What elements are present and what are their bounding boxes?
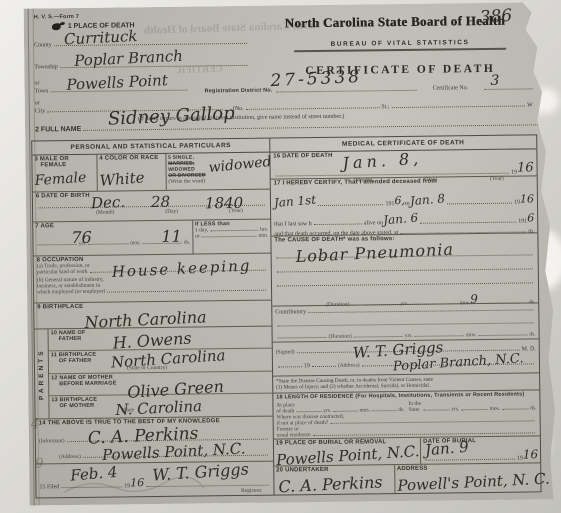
- duration-label: (Duration): [328, 334, 351, 340]
- bureau-subtitle: BUREAU OF VITAL STATISTICS: [294, 39, 506, 53]
- dotted-line: [354, 336, 403, 338]
- pencil-scribble: [59, 468, 209, 500]
- contributory-row: Contributory (Duration) yrs. mos. ds.: [272, 303, 539, 342]
- ward-label: W: [527, 102, 533, 108]
- certify-y3-pre: 191: [518, 218, 527, 224]
- dotted-line: [333, 411, 357, 412]
- dotted-line: [89, 244, 128, 245]
- birth-month-value: Dec.: [91, 193, 126, 213]
- burial-date-value: Jan. 9: [425, 438, 470, 460]
- attended-from-value: Jan 1st: [273, 193, 316, 210]
- birth-day-value: 28: [151, 193, 170, 211]
- certify-label: 17 I HEREBY CERTIFY, That I attended dec…: [274, 177, 534, 186]
- informant-row: 14 THE ABOVE IS TRUE TO THE BEST OF MY K…: [36, 417, 273, 465]
- age-cell: 7 AGE yrs. mos. ds. 76 11: [33, 221, 192, 256]
- death-year-value: 16: [517, 160, 534, 175]
- attended-to-value: Jan. 8: [409, 191, 445, 208]
- dotted-line: [312, 432, 534, 436]
- race-cell: 4 COLOR OR RACE White: [96, 154, 165, 191]
- birth-date-row: 6 DATE OF BIRTH (Month) (Day) (Year) Dec…: [33, 189, 270, 222]
- scanned-photo: North Carolina State Board of Health CER…: [0, 0, 561, 513]
- certificate-no-label: Certificate No.: [433, 85, 469, 91]
- dotted-line: [246, 107, 380, 110]
- dotted-line: [318, 204, 383, 206]
- dotted-line: [447, 203, 512, 205]
- dotted-line: [485, 88, 533, 90]
- in-state-label2: State: [408, 407, 421, 413]
- birthplace-row: 9 BIRTHPLACE North Carolina: [34, 301, 271, 329]
- full-name-label: 2 FULL NAME: [35, 126, 81, 134]
- signed-label: (Signed): [276, 349, 295, 355]
- yrs-unit: yrs.: [451, 406, 459, 412]
- certificate-header: H. V. S.—Form 7 1 PLACE OF DEATH North C…: [32, 6, 548, 140]
- burial-place-cell: 19 PLACE OF BURIAL OR REMOVAL Powells Po…: [274, 438, 421, 466]
- or-label: or: [35, 100, 40, 106]
- ink-blot: [52, 23, 61, 30]
- sex-label2: FEMALE: [34, 161, 94, 168]
- dotted-line: [312, 366, 336, 367]
- certify-y1-pre: 191: [385, 201, 394, 207]
- burial-year-value: 16: [523, 447, 538, 461]
- last-saw-date-value: Jan. 6: [382, 211, 418, 228]
- burial-row: 19 PLACE OF BURIAL OR REMOVAL Powells Po…: [274, 436, 540, 466]
- race-label: 4 COLOR OR RACE: [99, 155, 163, 162]
- registration-district-value: 27-5338: [270, 67, 362, 91]
- age-years-value: 76: [71, 228, 92, 247]
- father-name-row: 10 NAME OF FATHER H. Owens: [49, 327, 272, 352]
- filed-label: 15 Filed: [39, 484, 59, 490]
- age-row: 7 AGE yrs. mos. ds. 76 11 If: [33, 220, 270, 257]
- certify-row: 17 I HEREBY CERTIFY, That I attended dec…: [271, 176, 538, 236]
- md-label: M. D.: [522, 346, 536, 352]
- dotted-line: [425, 459, 514, 461]
- residence-row: 18 LENGTH OF RESIDENCE (For Hospitals, I…: [273, 390, 540, 439]
- undertaker-row: 20 UNDERTAKER C. A. Perkins ADDRESS Powe…: [274, 463, 540, 494]
- dotted-line: [277, 282, 533, 286]
- burial-date-cell: DATE OF BURIAL 19 16 Jan. 9: [420, 436, 540, 463]
- form-number: H. V. S.—Form 7: [34, 14, 79, 21]
- occupation-row: 8 OCCUPATION (a) Trade, profession, or p…: [34, 254, 271, 304]
- dotted-line: [278, 366, 302, 367]
- dotted-line: [423, 409, 449, 410]
- ds-unit: ds.: [530, 405, 536, 411]
- less-than-day-cell: If LESS than 1 day,hrs. ormin.: [192, 220, 271, 254]
- sex-race-marital-row: 3 MALE OR FEMALE Female 4 COLOR OR RACE …: [32, 152, 269, 192]
- certificate-no-value: 3: [490, 73, 499, 89]
- to-label: to: [405, 201, 410, 207]
- dotted-line: [391, 105, 525, 108]
- undertaker-address-cell: ADDRESS Powell's Point, N. C.: [394, 463, 541, 493]
- or-label: or: [195, 234, 200, 240]
- street-row: (No. St.; W: [233, 102, 533, 112]
- dotted-line: [372, 410, 396, 411]
- personal-column: PERSONAL AND STATISTICAL PARTICULARS 3 M…: [32, 139, 274, 498]
- dotted-line: [277, 322, 533, 326]
- last-saw-label: that I last saw h: [274, 221, 312, 227]
- former-label2: usual residence: [277, 432, 311, 438]
- personal-title: PERSONAL AND STATISTICAL PARTICULARS: [70, 142, 231, 151]
- informant-address-label: (Address): [59, 454, 81, 460]
- mos-unit: mos.: [359, 407, 370, 413]
- county-label: County: [34, 42, 52, 48]
- sex-value: Female: [34, 169, 95, 189]
- age-days-value: 11: [161, 227, 182, 246]
- margin-pencil-mark: 4: [31, 416, 40, 432]
- dotted-line: [277, 268, 533, 272]
- certificate-body: PERSONAL AND STATISTICAL PARTICULARS 3 M…: [31, 134, 541, 498]
- dotted-line: [461, 409, 487, 410]
- mother-bp-value: N. Carolina: [115, 397, 202, 419]
- ds-unit: ds.: [529, 331, 535, 337]
- medical-title: MEDICAL CERTIFICATE OF DEATH: [342, 139, 464, 147]
- medical-column: MEDICAL CERTIFICATE OF DEATH 16 DATE OF …: [270, 135, 540, 494]
- dotted-line: [502, 408, 528, 409]
- signed-preyear: 19: [304, 363, 310, 369]
- dotted-line: [420, 222, 516, 224]
- signed-row: (Signed) M. D. 19 (Address) W. T. Griggs…: [273, 339, 540, 376]
- cause-of-death-row: The CAUSE OF DEATH* was as follows: (Dur…: [271, 233, 538, 306]
- death-date-row: 16 DATE OF DEATH 19 16 (Month) (Day) (Ye…: [270, 149, 536, 179]
- city-label: City: [35, 108, 45, 114]
- occupation-b3: which employed (or employer): [37, 289, 105, 296]
- or-label: or: [34, 80, 39, 86]
- dotted-line: [107, 290, 266, 293]
- parents-block: PARENTS 10 NAME OF FATHER H. Owens 11 BI…: [35, 327, 273, 420]
- township-label: Township: [34, 64, 58, 70]
- min-unit: min.: [258, 233, 268, 239]
- cause-value: Lobar Pneumonia: [295, 240, 454, 266]
- sex-cell: 3 MALE OR FEMALE Female: [32, 154, 96, 191]
- certify-y2: 16: [520, 192, 534, 205]
- marital-cell: 5 SINGLE, MARRIED, WIDOWED OR DIVORCED (…: [165, 152, 270, 189]
- street-st-label: St.;: [381, 104, 389, 110]
- dotted-line: [202, 236, 257, 238]
- dotted-line: [478, 334, 527, 336]
- father-birthplace-row: 11 BIRTHPLACE OF FATHER (State or Countr…: [49, 349, 272, 374]
- mos-unit: mos.: [490, 406, 501, 412]
- mother-birthplace-row: 13 BIRTHPLACE OF MOTHER (State N. Caroli…: [49, 394, 272, 418]
- certify-y1: 6,: [394, 194, 405, 207]
- informant-label: (Informant): [39, 438, 65, 444]
- contributory-label: Contributory: [275, 309, 306, 315]
- dotted-line: [277, 90, 417, 93]
- alive-on-label: alive on: [364, 220, 383, 226]
- town-label: Town: [35, 88, 49, 94]
- mother-name-row: 12 NAME OF MOTHER BEFORE MARRIAGE Olive …: [49, 372, 272, 397]
- ds-unit: ds.: [184, 240, 190, 246]
- race-value: White: [99, 166, 164, 189]
- birth-year-value: 1840: [205, 194, 243, 212]
- mos-unit: mos.: [466, 332, 477, 338]
- parents-label: PARENTS: [38, 348, 46, 400]
- registration-district-label: Registration District No.: [205, 88, 273, 95]
- dotted-line: [277, 337, 326, 339]
- dotted-line: [308, 309, 533, 313]
- dotted-line: [415, 335, 464, 337]
- undertaker-value: C. A. Perkins: [278, 472, 383, 496]
- county-value: Currituck: [64, 27, 138, 48]
- death-certificate: North Carolina State Board of Health CER…: [24, 2, 558, 505]
- dotted-line: [210, 230, 258, 232]
- page-number-handwritten: 386: [479, 6, 513, 28]
- occupation-a2: particular kind of work: [37, 269, 88, 276]
- margin-pencil-mark: 9: [35, 456, 43, 471]
- certify-y3: 6: [527, 211, 534, 224]
- undertaker-cell: 20 UNDERTAKER C. A. Perkins: [274, 465, 394, 494]
- mos-unit: mos.: [130, 240, 141, 246]
- ds-unit: ds.: [398, 407, 404, 413]
- parents-band: PARENTS: [35, 329, 50, 418]
- dotted-line: [297, 411, 321, 412]
- undertaker-address-value: Powell's Point, N. C.: [397, 470, 550, 495]
- father-bp-value: North Carolina: [110, 347, 226, 372]
- marital-hint: (Write the word): [168, 177, 267, 184]
- yrs-unit: yrs.: [405, 333, 413, 339]
- dotted-line: [314, 223, 362, 225]
- signed-address-label: (Address): [338, 363, 360, 369]
